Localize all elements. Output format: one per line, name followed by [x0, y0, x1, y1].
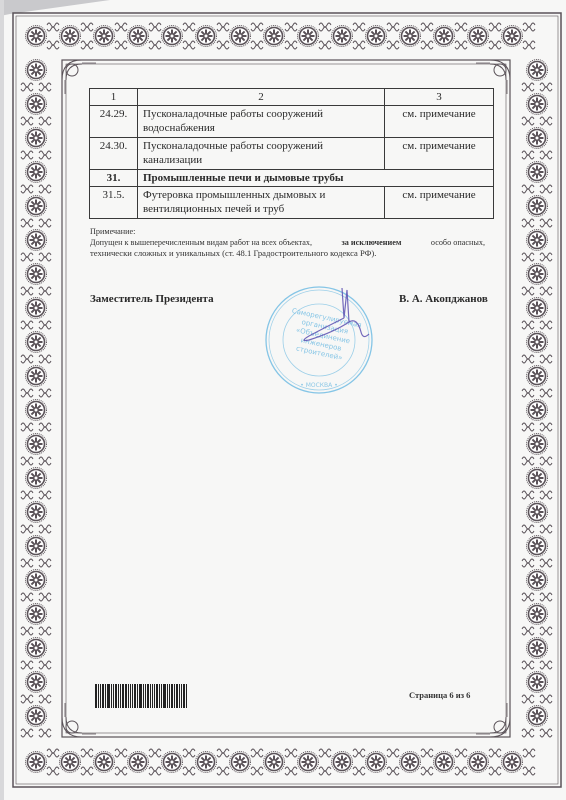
note-label: Примечание: [90, 226, 485, 237]
work-code: 24.30. [90, 138, 138, 170]
barcode-bar [137, 684, 138, 708]
table-section-row: 31.Промышленные печи и дымовые трубы [90, 170, 494, 187]
note-block: Примечание: Допущен к вышеперечисленным … [90, 226, 485, 259]
barcode-bar [183, 684, 185, 708]
work-name: Пусконаладочные работы сооружений водосн… [138, 106, 385, 138]
barcode-bar [181, 684, 182, 708]
barcode-bar [107, 684, 110, 708]
work-note: см. примечание [385, 138, 494, 170]
barcode-bar [152, 684, 153, 708]
barcode-bar [120, 684, 121, 708]
table-row: 24.30.Пусконаладочные работы сооружений … [90, 138, 494, 170]
barcode-bar [163, 684, 166, 708]
column-header: 1 [90, 89, 138, 106]
official-stamp-icon: Саморегулируемаяорганизация«Объединениеи… [262, 283, 377, 398]
page-number: Страница 6 из 6 [409, 690, 470, 700]
work-name: Пусконаладочные работы сооружений канали… [138, 138, 385, 170]
barcode-bar [167, 684, 168, 708]
barcode-bar [130, 684, 131, 708]
barcode-bar [105, 684, 106, 708]
barcode-bar [171, 684, 173, 708]
work-types-table: 12324.29.Пусконаладочные работы сооружен… [89, 88, 494, 219]
work-name: Футеровка промышленных дымовых и вентиля… [138, 187, 385, 219]
barcode-bar [156, 684, 158, 708]
work-code: 24.29. [90, 106, 138, 138]
barcode-bar [111, 684, 112, 708]
barcode-bar [113, 684, 114, 708]
note-text-3: технически сложных и уникальных (ст. 48.… [90, 248, 485, 259]
barcode-bar [98, 684, 99, 708]
column-header: 2 [138, 89, 385, 106]
work-note: см. примечание [385, 106, 494, 138]
table-row: 31.5.Футеровка промышленных дымовых и ве… [90, 187, 494, 219]
barcode-bar [147, 684, 149, 708]
barcode-bar [159, 684, 160, 708]
work-code: 31.5. [90, 187, 138, 219]
barcode-bar [134, 684, 136, 708]
note-text-2: особо опасных, [431, 237, 485, 248]
work-note: см. примечание [385, 187, 494, 219]
table-row: 24.29.Пусконаладочные работы сооружений … [90, 106, 494, 138]
barcode-bar [174, 684, 175, 708]
work-name: Промышленные печи и дымовые трубы [138, 170, 494, 187]
barcode-bar [154, 684, 155, 708]
barcode-bar [122, 684, 124, 708]
barcode-bar [128, 684, 129, 708]
barcode-bar [179, 684, 180, 708]
work-code: 31. [90, 170, 138, 187]
signatory-title: Заместитель Президента [90, 293, 214, 305]
table-header-row: 123 [90, 89, 494, 106]
note-exception: за исключением [342, 237, 402, 248]
barcode-bar [169, 684, 170, 708]
barcode-bar [143, 684, 144, 708]
barcode-bar [150, 684, 151, 708]
barcode-bar [95, 684, 97, 708]
barcode-bar [161, 684, 162, 708]
barcode-bar [115, 684, 117, 708]
barcode-bar [125, 684, 127, 708]
column-header: 3 [385, 89, 494, 106]
barcode-bar [176, 684, 178, 708]
signatory-name: В. А. Акопджанов [399, 293, 488, 305]
barcode-bar [132, 684, 133, 708]
barcode-bar [102, 684, 104, 708]
barcode-bar [100, 684, 101, 708]
svg-text:• МОСКВА •: • МОСКВА • [300, 382, 337, 389]
barcode-bar [139, 684, 142, 708]
note-text-1: Допущен к вышеперечисленным видам работ … [90, 237, 312, 248]
barcode-bar [186, 684, 187, 708]
barcode [95, 684, 207, 708]
barcode-bar [145, 684, 146, 708]
barcode-bar [118, 684, 119, 708]
